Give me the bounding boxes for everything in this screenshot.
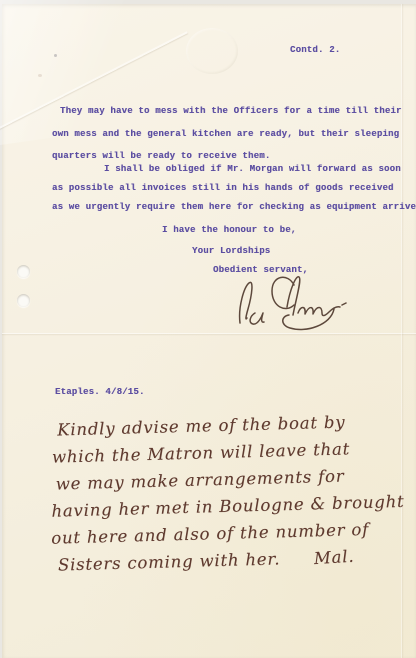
page-number-label: Contd. 2. bbox=[290, 45, 340, 55]
typed-line: They may have to mess with the Officers … bbox=[52, 100, 412, 123]
typed-line: I shall be obliged if Mr. Morgan will fo… bbox=[52, 160, 412, 179]
typed-line: as possible all invoices still in his ha… bbox=[52, 179, 412, 198]
closing-honour-line: I have the honour to be, bbox=[162, 225, 296, 235]
punch-hole bbox=[17, 265, 30, 278]
scanned-letter-page: Contd. 2. They may have to mess with the… bbox=[0, 0, 416, 658]
body-paragraph-1: They may have to mess with the Officers … bbox=[52, 100, 412, 168]
paper-speck bbox=[38, 74, 42, 77]
place-date-line: Etaples. 4/8/15. bbox=[55, 387, 145, 397]
closing-lordships-line: Your Lordships bbox=[192, 246, 270, 256]
handwritten-line-text: Sisters coming with her. bbox=[58, 549, 281, 574]
paper-crease-horizontal bbox=[2, 333, 416, 334]
typed-line: own mess and the general kitchen are rea… bbox=[52, 123, 412, 146]
signature-ink bbox=[230, 271, 352, 339]
handwritten-note: Kindly advise me of the boat by which th… bbox=[48, 407, 392, 578]
handwritten-initials: Mal. bbox=[313, 543, 355, 572]
paper-speck bbox=[54, 54, 57, 57]
paper-sheet: Contd. 2. They may have to mess with the… bbox=[2, 4, 416, 658]
typed-line: as we urgently require them here for che… bbox=[52, 198, 412, 217]
punch-hole bbox=[17, 294, 30, 307]
body-paragraph-2: I shall be obliged if Mr. Morgan will fo… bbox=[52, 160, 412, 217]
embossed-seal bbox=[186, 28, 238, 74]
